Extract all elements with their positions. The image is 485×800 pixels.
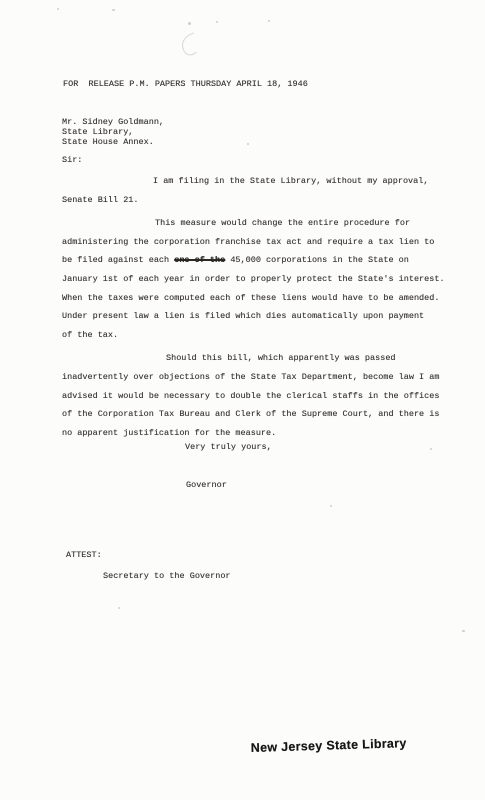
text-line: be filed against each one of the 45,000 …: [62, 251, 454, 270]
paragraph: Should this bill, which apparently was p…: [62, 349, 454, 442]
attest-label: ATTEST:: [66, 550, 102, 560]
paper-speck: [330, 505, 332, 507]
paper-speck: [216, 21, 218, 23]
text-segment: advised it would be necessary to double …: [62, 391, 439, 401]
paper-speck: [247, 143, 249, 145]
text-line: This measure would change the entire pro…: [62, 214, 454, 233]
text-line: inadvertently over objections of the Sta…: [62, 368, 454, 387]
text-line: January 1st of each year in order to pro…: [62, 270, 454, 289]
text-segment: of the Corporation Tax Bureau and Clerk …: [62, 409, 439, 419]
paper-speck: [57, 8, 59, 10]
library-stamp: New Jersey State Library: [251, 736, 407, 755]
signature-title: Governor: [186, 480, 227, 490]
address-line: State Library,: [62, 127, 164, 137]
attest-signature-title: Secretary to the Governor: [103, 571, 231, 581]
text-line: of the Corporation Tax Bureau and Clerk …: [62, 405, 454, 424]
faint-pencil-mark: [176, 30, 202, 60]
text-segment: This measure would change the entire pro…: [155, 218, 410, 228]
text-line: Under present law a lien is filed which …: [62, 307, 454, 326]
paragraph: I am filing in the State Library, withou…: [62, 172, 454, 209]
paper-speck: [430, 448, 432, 450]
text-segment: Senate Bill 21.: [62, 195, 139, 205]
paper-speck: [112, 9, 115, 11]
paper-speck: [188, 22, 191, 25]
release-line: FOR RELEASE P.M. PAPERS THURSDAY APRIL 1…: [63, 78, 308, 90]
text-segment: inadvertently over objections of the Sta…: [62, 372, 439, 382]
text-line: of the tax.: [62, 326, 454, 345]
paper-speck: [118, 607, 120, 609]
text-segment: I am filing in the State Library, withou…: [153, 176, 428, 186]
letter-body: I am filing in the State Library, withou…: [62, 172, 454, 447]
recipient-address: Mr. Sidney Goldmann,State Library,State …: [62, 117, 164, 147]
paper-speck: [462, 630, 465, 632]
address-line: Mr. Sidney Goldmann,: [62, 117, 164, 127]
text-segment: 45,000 corporations in the State on: [225, 255, 409, 265]
text-line: Senate Bill 21.: [62, 191, 454, 210]
struck-text: one of the: [174, 255, 225, 265]
valediction: Very truly yours,: [185, 442, 272, 452]
paragraph: This measure would change the entire pro…: [62, 214, 454, 344]
text-segment: of the tax.: [62, 330, 118, 340]
text-line: I am filing in the State Library, withou…: [62, 172, 454, 191]
text-segment: January 1st of each year in order to pro…: [62, 274, 445, 284]
salutation: Sir:: [62, 155, 82, 165]
address-line: State House Annex.: [62, 137, 164, 147]
paper-speck: [268, 20, 270, 22]
text-segment: When the taxes were computed each of the…: [62, 293, 439, 303]
text-line: administering the corporation franchise …: [62, 233, 454, 252]
text-line: When the taxes were computed each of the…: [62, 289, 454, 308]
text-line: advised it would be necessary to double …: [62, 387, 454, 406]
text-segment: Should this bill, which apparently was p…: [166, 353, 396, 363]
letter-page: FOR RELEASE P.M. PAPERS THURSDAY APRIL 1…: [0, 0, 485, 800]
text-segment: no apparent justification for the measur…: [62, 428, 276, 438]
text-segment: Under present law a lien is filed which …: [62, 311, 424, 321]
text-segment: administering the corporation franchise …: [62, 237, 434, 247]
text-line: no apparent justification for the measur…: [62, 424, 454, 443]
text-segment: be filed against each: [62, 255, 174, 265]
text-line: Should this bill, which apparently was p…: [62, 349, 454, 368]
